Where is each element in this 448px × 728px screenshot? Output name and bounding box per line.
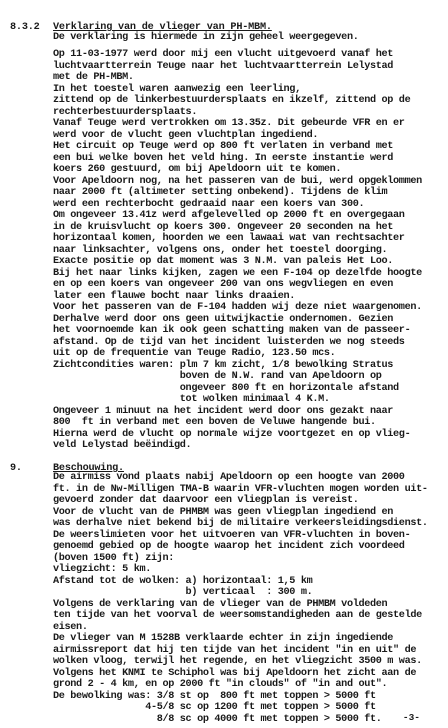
section-number: 8.3.2 — [10, 22, 40, 33]
text-line: airmissreport dat hij ten tijde van het … — [53, 645, 416, 657]
page-number: -3- — [403, 712, 420, 723]
text-line: Afstand tot de wolken: a) horizontaal: 1… — [53, 576, 312, 588]
text-line: Ongeveer 1 minuut na het incident werd d… — [53, 406, 393, 418]
text-line: Voor de vlucht van de PHMBM was geen vli… — [53, 507, 393, 519]
text-line: Vanaf Teuge werd vertrokken om 13.35z. D… — [53, 118, 405, 130]
text-line: De bewolking was: 3/8 st op 800 ft met t… — [53, 691, 376, 703]
text-line: rechterbestuurdersplaats. — [53, 107, 197, 119]
text-line: een bui welke boven het veld hing. In ee… — [53, 153, 393, 165]
text-line: Op 11-03-1977 werd door mij een vlucht u… — [53, 49, 393, 61]
text-line: 800 ft in verband met een boven de Veluw… — [53, 417, 376, 429]
text-line: grond 2 - 4 km, en op 2000 ft "in clouds… — [53, 679, 387, 691]
text-line: vliegzicht: 5 km. — [53, 564, 151, 576]
text-line: De vlieger van M 1528B verklaarde echter… — [53, 633, 393, 645]
text-line: en op een koers van ongeveer 200 van ons… — [53, 279, 393, 291]
text-line: gevoerd zonder dat daarvoor een vliegpla… — [53, 495, 358, 507]
text-line: naar 2000 ft (altimeter setting onbekend… — [53, 187, 387, 199]
text-line: Om ongeveer 13.41z werd afgelevelled op … — [53, 210, 405, 222]
text-line: veld Lelystad beëindigd. — [53, 440, 191, 452]
text-line: koers 260 gestuurd, om bij Apeldoorn uit… — [53, 164, 341, 176]
text-line: Volgens de verklaring van de vlieger van… — [53, 599, 387, 611]
text-line: Derhalve werd door ons geen uitwijkactie… — [53, 314, 393, 326]
text-line: In het toestel waren aanwezig een leerli… — [53, 84, 301, 96]
text-line: zittend op de linkerbestuurdersplaats en… — [53, 95, 410, 107]
text-line: (boven 1500 ft) zijn: — [53, 553, 174, 565]
text-line: De weerslimieten voor het uitvoeren van … — [53, 530, 410, 542]
text-line: eisen. — [53, 622, 88, 634]
text-line: Bij het naar links kijken, zagen we een … — [53, 268, 422, 280]
text-line: Voor het passeren van de F-104 hadden wi… — [53, 302, 422, 314]
text-line: Hierna werd de vlucht op normale wijze v… — [53, 429, 410, 441]
text-line: uit op de frequentie van Teuge Radio, 12… — [53, 348, 335, 360]
text-line: Volgens het KNMI te Schiphol was bij Ape… — [53, 668, 416, 680]
text-line: naar linksachter, volgens ons, onder het… — [53, 245, 387, 257]
text-line: Het circuit op Teuge werd op 800 ft verl… — [53, 141, 393, 153]
text-line: afstand. Op de tijd van het incident lui… — [53, 337, 405, 349]
text-line: ongeveer 800 ft en horizontale afstand — [53, 383, 399, 395]
text-line: werd voor de vlucht geen vluchtplan inge… — [53, 130, 318, 142]
text-line: ft. in de Nw-Milligen TMA-B waarin VFR-v… — [53, 484, 428, 496]
text-line: 4-5/8 sc op 1200 ft met toppen > 5000 ft — [53, 702, 376, 714]
text-line: De airmiss vond plaats nabij Apeldoorn o… — [53, 472, 405, 484]
text-line: was derhalve niet bekend bij de militair… — [53, 518, 428, 530]
text-line: werd een rechterbocht gedraaid naar een … — [53, 199, 364, 211]
text-line: tot wolken minimaal 4 K.M. — [53, 394, 330, 406]
document-page: 8.3.2 Verklaring van de vlieger van PH-M… — [0, 0, 448, 728]
text-line: horizontaal komen, hoorden we een lawaai… — [53, 233, 405, 245]
text-line: wolken vloog, terwijl het regende, en he… — [53, 656, 422, 668]
text-line: genoemd gebied op de hoogte waarop het i… — [53, 541, 405, 553]
text-line: met de PH-MBM. — [53, 72, 134, 84]
section-number: 9. — [10, 463, 22, 474]
text-line: Voor Apeldoorn nog, na het passeren van … — [53, 176, 422, 188]
text-line: boven de N.W. rand van Apeldoorn op — [53, 371, 382, 383]
text-line: Zichtcondities waren: plm 7 km zicht, 1/… — [53, 360, 393, 372]
text-line: ten tijde van het voorval de weersomstan… — [53, 610, 422, 622]
text-line: Exacte positie op dat moment was 3 N.M. … — [53, 256, 393, 268]
text-line: 8/8 sc op 4000 ft met toppen > 5000 ft. — [53, 714, 382, 726]
text-line: in de kruisvlucht op koers 300. Ongeveer… — [53, 222, 393, 234]
text-line: b) verticaal : 300 m. — [53, 587, 312, 599]
text-line: later een flauwe bocht naar links draaie… — [53, 291, 295, 303]
text-line: luchtvaartterrein Teuge naar het luchtva… — [53, 61, 393, 73]
text-line: De verklaring is hiermede in zijn geheel… — [53, 32, 358, 44]
text-line: het voornoemde kan ik ook geen schatting… — [53, 325, 410, 337]
